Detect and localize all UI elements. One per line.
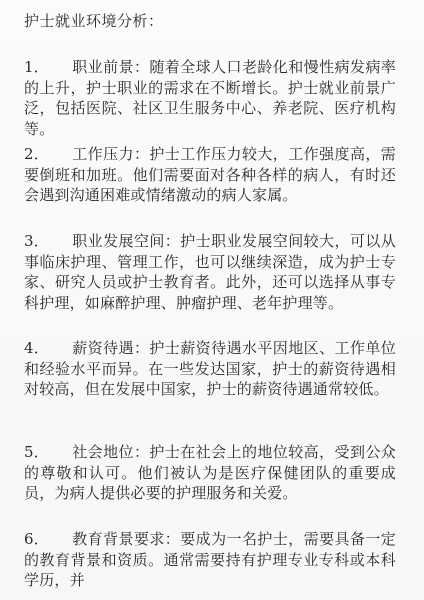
handwritten-page: 护士就业环境分析： 1．职业前景：随着全球人口老龄化和慢性病发病率的上升，护士职… <box>0 0 424 600</box>
section-social-status: 5．社会地位：护士在社会上的地位较高，受到公众的尊敬和认可。他们被认为是医疗保健… <box>24 442 396 504</box>
section-text: 职业发展空间：护士职业发展空间较大，可以从事临床护理、管理工作，也可以继续深造，… <box>24 232 396 312</box>
section-number: 5． <box>24 442 72 463</box>
section-number: 4． <box>24 338 72 359</box>
section-number: 2． <box>24 144 72 165</box>
page-title: 护士就业环境分析： <box>24 10 164 31</box>
section-education: 6．教育背景要求：要成为一名护士，需要具备一定的教育背景和资质。通常需要持有护理… <box>24 529 396 591</box>
section-career-development: 3．职业发展空间：护士职业发展空间较大，可以从事临床护理、管理工作，也可以继续深… <box>24 231 396 313</box>
section-text: 薪资待遇：护士薪资待遇水平因地区、工作单位和经验水平而异。在一些发达国家，护士的… <box>24 339 396 398</box>
section-text: 教育背景要求：要成为一名护士，需要具备一定的教育背景和资质。通常需要持有护理专业… <box>24 530 396 589</box>
section-text: 职业前景：随着全球人口老龄化和慢性病发病率的上升，护士职业的需求在不断增长。护士… <box>24 58 396 138</box>
section-salary: 4．薪资待遇：护士薪资待遇水平因地区、工作单位和经验水平而异。在一些发达国家，护… <box>24 338 396 400</box>
section-text: 工作压力：护士工作压力较大，工作强度高，需要倒班和加班。他们需要面对各种各样的病… <box>24 145 396 204</box>
section-number: 1． <box>24 57 72 78</box>
section-number: 6． <box>24 529 72 550</box>
section-career-prospects: 1．职业前景：随着全球人口老龄化和慢性病发病率的上升，护士职业的需求在不断增长。… <box>24 57 396 139</box>
section-number: 3． <box>24 231 72 252</box>
section-text: 社会地位：护士在社会上的地位较高，受到公众的尊敬和认可。他们被认为是医疗保健团队… <box>24 443 396 502</box>
section-work-pressure: 2．工作压力：护士工作压力较大，工作强度高，需要倒班和加班。他们需要面对各种各样… <box>24 144 396 206</box>
